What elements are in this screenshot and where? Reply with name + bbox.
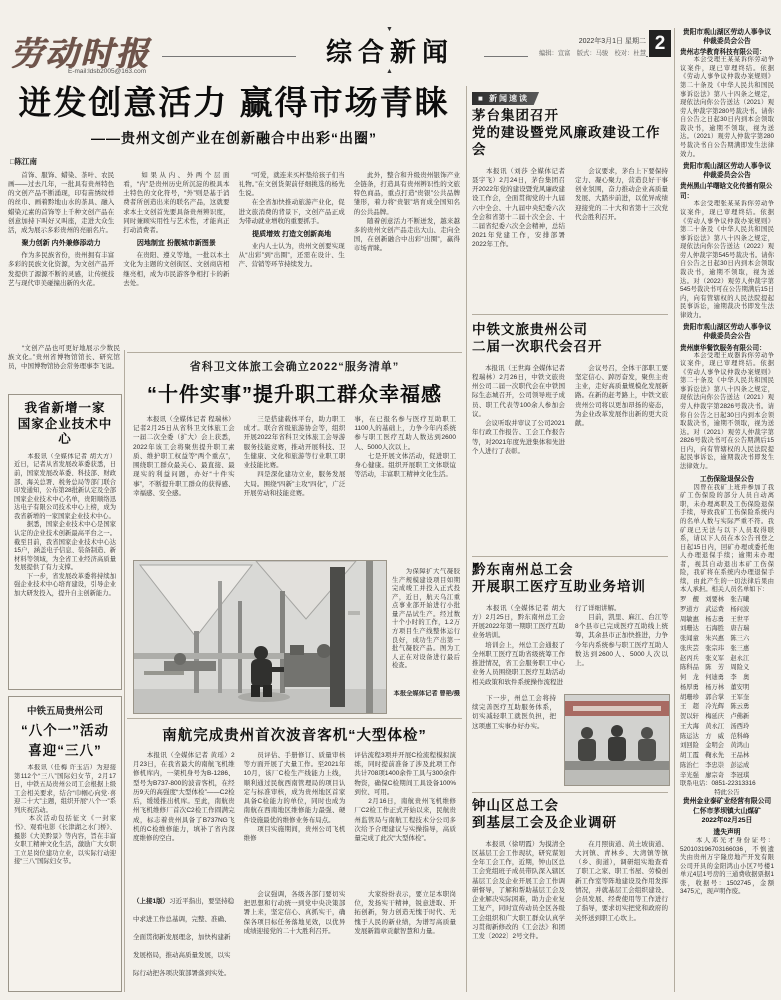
jump-body: （上接1版）习近平指出，要坚持稳中求进工作总基调，完整、准确、全面贯彻新发展理念…	[127, 890, 462, 992]
masthead-email: E-mail:ldsb2005@163.com	[68, 68, 146, 75]
lead-body: 首饰、服饰、蜡染、茶叶、农民画——过去几年，一批具有贵州特色的文创产品不断涌现，…	[8, 171, 460, 343]
header-date: 2022年3月1日 星期二	[528, 36, 646, 46]
feature-column-3: 事，在已报名参与医疗互助职工1100人的基础上，力争今年内系统参与职工医疗互助人…	[354, 415, 456, 565]
nanhang-body: 本报讯（全媒体记者 黄瑶）2月23日，在我省最大的南航飞机维修机库内，一架机身号…	[127, 751, 462, 891]
zsq-article: 钟山区总工会 到基层工会及企业调研 本报讯（徐明霞）为摸清全区基层工会工作现状，…	[472, 798, 668, 996]
qdn-article: 黔东南州总工会 开展职工医疗互助业务培训 本报讯（全媒体记者 胡大方）2月25日…	[472, 562, 668, 696]
zsq-title-line2: 到基层工会及企业调研	[472, 815, 668, 832]
notice-2-addressee: 贵州黑山羊曙晗文化传播有限公司：	[680, 180, 774, 200]
divider-notice-col	[674, 28, 675, 992]
ztwj-title-line1: “八个一”活动	[14, 719, 116, 739]
jump-marker: （上接1版）	[133, 898, 169, 905]
section-title: 综合新闻	[296, 32, 484, 69]
factory-photo-caption-block: 为保障扩大气凝胶生产规模建设项目如期完成竣工并投入正式投产，近日，航天乌江重点事…	[392, 568, 460, 708]
training-photo-image	[565, 695, 669, 785]
moutai-article: 茅台集团召开 党的建设暨党风廉政建设工作会 本报讯（刘莎 全媒体记者 聂宇飞）2…	[472, 108, 668, 329]
lead-column-1: 首饰、服饰、蜡染、茶叶、农民画——过去几年，一批具有贵州特色的文创产品不断涌现，…	[8, 171, 114, 343]
lead-crosshead-1: 聚力创新 内外兼修添动力	[8, 238, 114, 248]
notice-1-header: 贵阳市观山湖区劳动人事争议仲裁委员会公告	[680, 28, 774, 46]
ztwl-title-line1: 中铁文旅贵州公司	[472, 322, 668, 339]
nanhang-column-1: 本报讯（全媒体记者 黄瑶）2月23日，在我省最大的南航飞机维修机库内，一架机身号…	[133, 751, 235, 891]
lead-paragraph: 在贵阳、遵义等地，一批以本土文化为主题的文创街区、文创商店相继亮相，成为市民游客…	[123, 251, 229, 288]
training-photo	[564, 694, 670, 786]
notice-1-addressee: 贵州志学教育科技有限公司：	[680, 46, 774, 56]
notice-5-title: 遗失声明	[680, 828, 774, 837]
moutai-column-1: 本报讯（刘莎 全媒体记者 聂宇飞）2月24日，茅台集团召开2022年党的建设暨党…	[472, 167, 565, 329]
ztwj-title-line2: 喜迎“三八”	[14, 739, 116, 759]
feature-top-rule	[127, 352, 462, 353]
factory-photo-image	[134, 561, 386, 713]
lead-paragraph: 如果从内、外两个层面看，“内”是贵州历史所沉淀的极具本土特色的文化符号，“外”则…	[123, 171, 229, 236]
lead-article: 迸发创意活力 赢得市场青睐 ——贵州文创产业在创新融合中出彩“出圈” □陈江南 …	[8, 86, 460, 343]
notice-4-title: 工伤保险退保公告	[680, 475, 774, 484]
ztwl-body: 本报讯（王世海 全媒体记者 程瑞林）2月26日，中铁文旅贵州公司二届一次职代会在…	[472, 364, 668, 556]
nanhang-column-3: 评估流程3项并开展C检流程模拟演练，同时提前准备了涉及此项工作共计708项140…	[354, 751, 456, 891]
qdn-column-1: 本报讯（全媒体记者 胡大方）2月25日，黔东南州总工会开展2022年第一期职工医…	[472, 604, 565, 696]
moutai-title-line2: 党的建设暨党风廉政建设工作会	[472, 125, 668, 159]
ztwl-column-2: 会议号召，全体干部职工要坚定信心、踔厉奋发，聚焦主责主业，走好高质量规模化发展新…	[575, 364, 668, 556]
notice-column: 贵阳市观山湖区劳动人事争议仲裁委员会公告 贵州志学教育科技有限公司： 本会受理王…	[680, 28, 774, 994]
moutai-title-line1: 茅台集团召开	[472, 108, 668, 125]
lead-column-4: 此外，整合和升级贵州银饰产业全链条，打造具有贵州辨识性的文旅特色商品，重点打造“…	[354, 171, 460, 343]
header-issue-info: 2022年3月1日 星期二 编辑：宣富 版式：马骏 校对：杜慧	[528, 36, 646, 57]
header-staff: 编辑：宣富 版式：马骏 校对：杜慧	[528, 48, 646, 57]
jump-column-3: 大家纷纷表示，要立足本职岗位，发扬实干精神，锐意进取、开拓创新，努力创造无愧于时…	[354, 890, 456, 992]
feature-article: 省科卫文体旅工会确立2022“服务清单” “十件实事”提升职工群众幸福感 本报讯…	[127, 358, 462, 565]
feature-body: 本报讯（全媒体记者 程瑞林）记者2月25日从省科卫文体旅工会一届二次全委（扩大）…	[127, 415, 462, 565]
factory-photo-credit: 本报全媒体记者 曾艳/摄	[392, 690, 460, 699]
notice-sign-date: 2022年02月25日	[680, 816, 774, 825]
notice-name-list: 罗 靓 刘要林 张吉曦 罗道方 武运费 杨问波 周敏惠 杨志勇 王世平 刘珊达 …	[680, 595, 774, 780]
lead-byline: □陈江南	[10, 156, 460, 167]
ztwj-body: 本报讯（任梅 许玉洁）为迎接第112个“三八”国际妇女节，2月17日，中铁五局贵…	[14, 764, 116, 982]
nanhang-top-rule	[127, 718, 462, 719]
divider-left-rail	[124, 350, 125, 992]
lead-paragraph: 此外，整合和升级贵州银饰产业全链条，打造具有贵州辨识性的文旅特色商品，重点打造“…	[354, 171, 460, 254]
jump-column-2: 会议强调，各级各部门要切实把思想和行动统一到党中央决策部署上来，坚定信心、真抓实…	[244, 890, 346, 992]
lead-column-2: 如果从内、外两个层面看，“内”是贵州历史所沉淀的极具本土特色的文化符号，“外”则…	[123, 171, 229, 343]
page-number: 2	[649, 30, 671, 57]
feature-kicker: 省科卫文体旅工会确立2022“服务清单”	[127, 358, 462, 374]
lead-paragraph: 业内人士认为，贵州文创要实现从“出彩”到“出圈”，还需在设计、生产、营销等环节持…	[239, 242, 345, 270]
qdn-column-2: 行了详细讲解。 目前，凯里、麻江、台江等8个县市已完成医疗互助线上统筹，其余县市…	[575, 604, 668, 696]
ztwl-title-line2: 二届一次职代会召开	[472, 339, 668, 356]
notice-3-header: 贵阳市观山湖区劳动人事争议仲裁委员会公告	[680, 323, 774, 341]
notice-end: 特此公告	[680, 789, 774, 798]
left-article-tech-center: 我省新增一家 国家企业技术中心 本报讯（全媒体记者 胡大方）近日，记者从省发展改…	[8, 394, 122, 690]
lead-crosshead-3: 提质增效 打造文创新高地	[239, 229, 345, 239]
qdn-title-line1: 黔东南州总工会	[472, 562, 668, 579]
notice-3-body: 本会受理王成器诉你劳动争议案件，现已审理终结。依据《劳动人事争议仲裁办案规则》第…	[680, 352, 774, 472]
tech-center-title-line1: 我省新增一家	[14, 401, 116, 417]
nanhang-headline: 南航完成贵州首次波音客机“大型体检”	[127, 724, 462, 745]
news-brief-tag-wrap: ■ 新闻速读	[472, 88, 539, 106]
qdn-title-line2: 开展职工医疗互助业务培训	[472, 579, 668, 596]
feature-column-1: 本报讯（全媒体记者 程瑞林）记者2月25日从省科卫文体旅工会一届二次全委（扩大）…	[133, 415, 235, 565]
right-rule-1	[472, 314, 668, 315]
feature-headline: “十件实事”提升职工群众幸福感	[127, 378, 462, 407]
notice-1-body: 本会受理王某某诉你劳动争议案件，现已审理终结。依据《劳动人事争议仲裁办案规则》第…	[680, 56, 774, 159]
jump-paragraph: 习近平指出，要坚持稳中求进工作总基调，完整、准确、全面贯彻新发展理念，加快构建新…	[133, 898, 234, 977]
right-rule-3	[472, 792, 668, 793]
tech-center-title-line2: 国家企业技术中心	[14, 417, 116, 448]
ztwl-article: 中铁文旅贵州公司 二届一次职代会召开 本报讯（王世海 全媒体记者 程瑞林）2月2…	[472, 322, 668, 556]
qdn-column-3: 下一步，州总工会将持续完善医疗互助服务体系，切实减轻职工就医负担，把这项惠工实事…	[472, 694, 556, 786]
lead-tail: “文创产品也可更好地展示少数民族文化。”贵州省博物馆馆长、研究馆员，中国博物馆协…	[8, 344, 120, 390]
zsq-column-1: 本报讯（徐明霞）为摸清全区基层工会工作现状，研究谋划全年工会工作，近期，钟山区总…	[472, 840, 565, 996]
divider-mid-right	[466, 86, 467, 992]
qdn-body: 本报讯（全媒体记者 胡大方）2月25日，黔东南州总工会开展2022年第一期职工医…	[472, 604, 668, 696]
lead-column-3: “可爱，就连来买杯垫给孩子们当礼物。”在文创货架前仔细挑选的杨先生说。 在全省加…	[239, 171, 345, 343]
page-header: 劳动时报 E-mail:ldsb2005@163.com ▼ 综合新闻 ▲ 20…	[0, 26, 781, 82]
notice-2-header: 贵阳市观山湖区劳动人事争议仲裁委员会公告	[680, 162, 774, 180]
jump-column-1: （上接1版）习近平指出，要坚持稳中求进工作总基调，完整、准确、全面贯彻新发展理念…	[133, 890, 235, 992]
nanhang-column-2: 员评估、手册修订、质量审核等方面开展了大量工作。至2021年10月，该厂C检生产…	[244, 751, 346, 891]
feature-column-2: 三是搭建载体平台，助力职工成才。联合省级旅游协会等，组织开展2022年省科卫文体…	[244, 415, 346, 565]
lead-headline: 迸发创意活力 赢得市场青睐	[8, 86, 460, 121]
lead-paragraph: 作为多民族省份，贵州拥有丰富多彩的民族文化资源，为文创产品开发提供了源源不断的灵…	[8, 251, 114, 288]
ztwl-column-1: 本报讯（王世海 全媒体记者 程瑞林）2月26日，中铁文旅贵州公司二届一次职代会在…	[472, 364, 565, 556]
tech-center-body: 本报讯（全媒体记者 胡大方）近日，记者从省发展改革委获悉，日前，国家发展改革委、…	[14, 453, 116, 693]
zsq-title-line1: 钟山区总工会	[472, 798, 668, 815]
notice-contact: 联系电话：0851-22313316	[680, 780, 774, 789]
moutai-column-2: 会议要求，茅台上下要保持定力、凝心聚力，营造良好干事创业氛围，奋力推动企业高质量…	[575, 167, 668, 329]
left-article-ztwj: 中铁五局贵州公司 “八个一”活动 喜迎“三八” 本报讯（任梅 许玉洁）为迎接第1…	[8, 696, 122, 992]
zsq-body: 本报讯（徐明霞）为摸清全区基层工会工作现状，研究谋划全年工会工作，近期，钟山区总…	[472, 840, 668, 996]
moutai-body: 本报讯（刘莎 全媒体记者 聂宇飞）2月24日，茅台集团召开2022年党的建设暨党…	[472, 167, 668, 329]
notice-3-addressee: 贵州康华餐饮服务有限公司：	[680, 342, 774, 352]
factory-photo	[133, 560, 387, 714]
factory-photo-caption: 为保障扩大气凝胶生产规模建设项目如期完成竣工并投入正式投产，近日，航天乌江重点事…	[392, 568, 460, 690]
right-rule-2	[472, 556, 668, 557]
notice-4-body: 因曾在我矿上班并参加了我矿工伤保险的部分人员自动离职，未办理离职及工伤保险退保手…	[680, 484, 774, 595]
jump-article: （上接1版）习近平指出，要坚持稳中求进工作总基调，完整、准确、全面贯彻新发展理念…	[127, 890, 462, 992]
lead-paragraph: 首饰、服饰、蜡染、茶叶、农民画——过去几年，一批具有贵州特色的文创产品不断涌现，…	[8, 171, 114, 236]
notice-2-body: 本会受理张某某诉你劳动争议案件，现已审理终结。依据《劳动人事争议仲裁办案规则》第…	[680, 200, 774, 320]
lead-paragraph: “可爱，就连来买杯垫给孩子们当礼物。”在文创货架前仔细挑选的杨先生说。 在全省加…	[239, 171, 345, 226]
notice-sign-company: 贵州金业泰矿业经营有限公司仁怀市茅坝镇大山煤矿	[680, 797, 774, 815]
nanhang-article: 南航完成贵州首次波音客机“大型体检” 本报讯（全媒体记者 黄瑶）2月23日，在我…	[127, 724, 462, 891]
zsq-column-2: 在月照街道、黄土坡街道、大河镇、青林乡、大湾镇等镇（乡、街道），调研组实地查看了…	[575, 840, 668, 996]
lead-crosshead-2: 因地制宜 扮靓城市新图景	[123, 238, 229, 248]
notice-5-body: 本人邓光才身份证号：520103196703166036，不慎遗失由贵州万宇隆房…	[680, 837, 774, 897]
triangle-up-icon: ▲	[386, 68, 393, 75]
lead-subhead: ——贵州文创产业在创新融合中出彩“出圈”	[8, 128, 460, 148]
ztwj-kicker: 中铁五局贵州公司	[14, 703, 116, 717]
news-brief-tag: ■ 新闻速读	[472, 92, 539, 105]
